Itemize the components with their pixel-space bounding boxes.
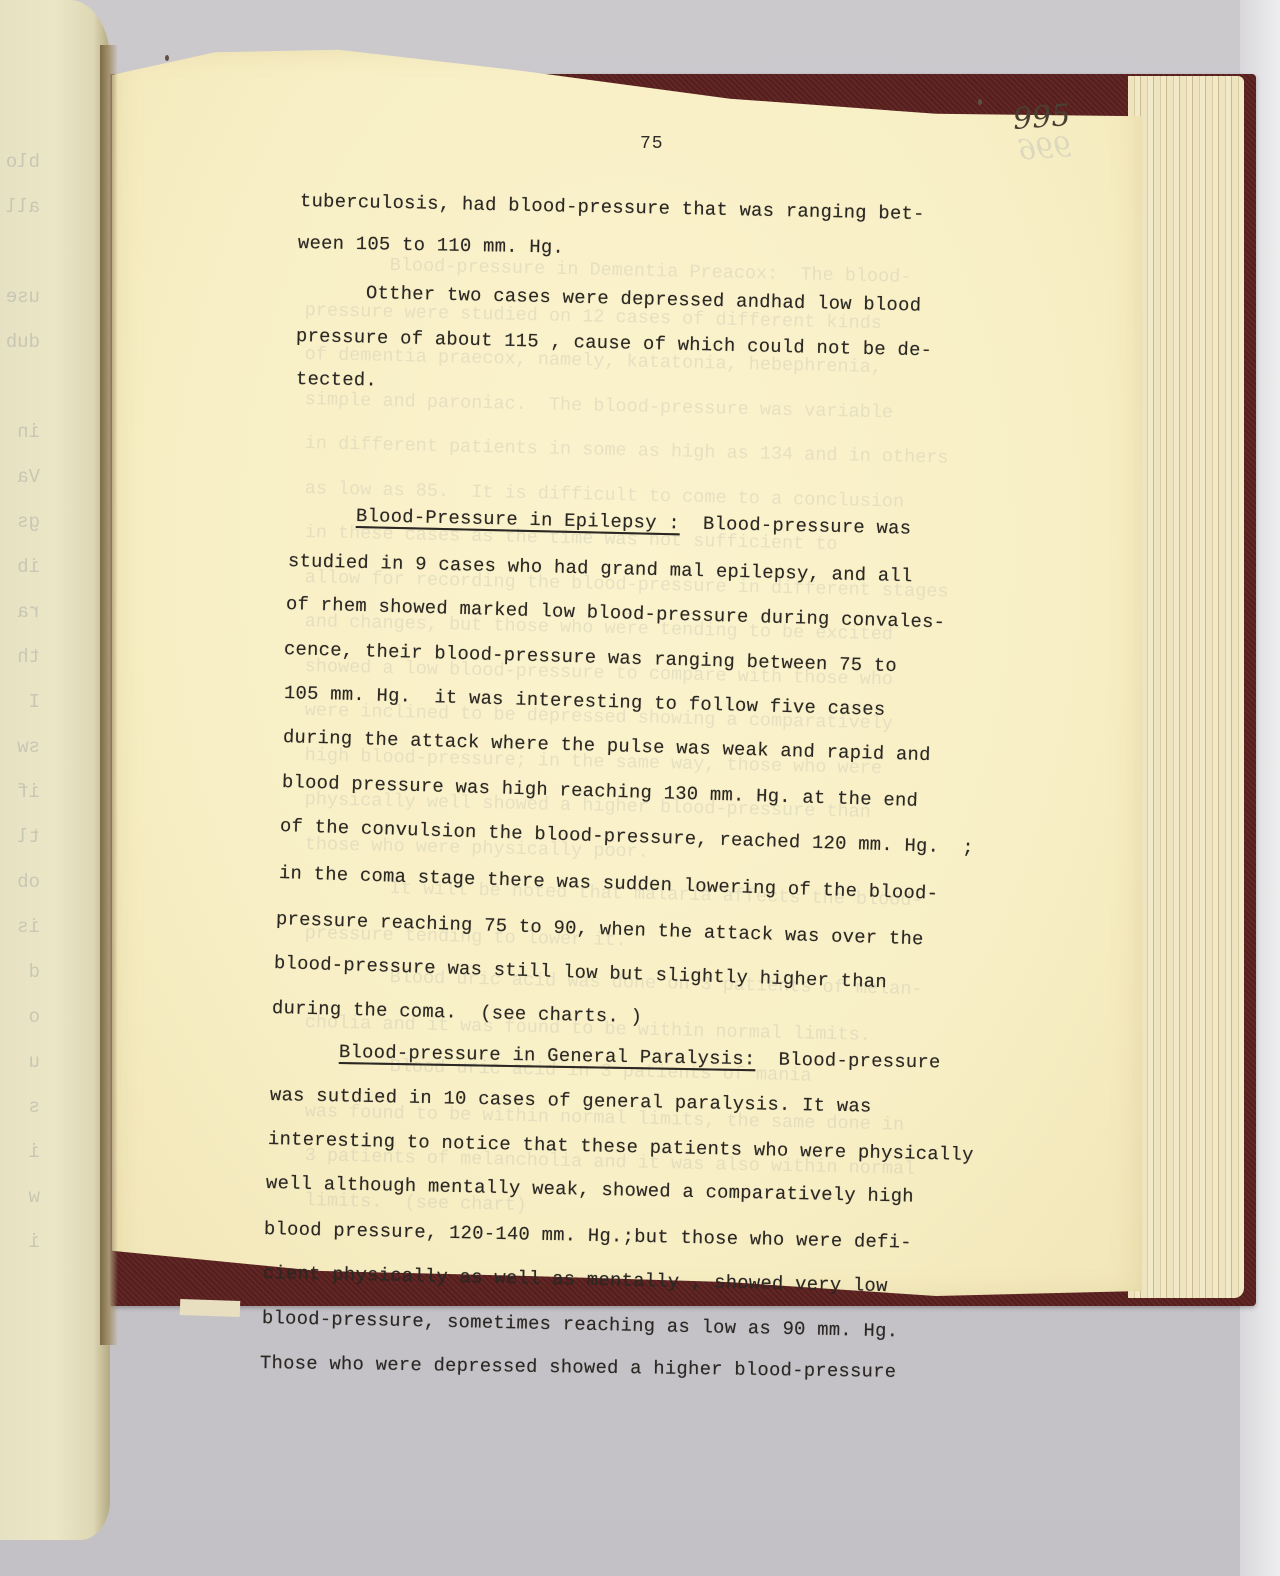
text-line: ween 105 to 110 mm. Hg.: [298, 232, 564, 259]
binding-hole: [165, 55, 169, 61]
page-flap: [180, 1299, 241, 1317]
page-number: 75: [640, 134, 664, 154]
left-facing-page: blo all use dub in Va gs ib ra th I sw i…: [0, 0, 110, 1540]
line-text: Blood-pressure: [755, 1048, 940, 1073]
left-page-bleed-through: blo all use dub in Va gs ib ra th I sw i…: [0, 140, 40, 1265]
binding-hole: [978, 99, 982, 105]
handwritten-folio-number: 995: [1012, 98, 1072, 137]
gutter-shadow: [100, 45, 118, 1345]
line-text: ween 105 to 110 mm. Hg.: [298, 232, 564, 259]
page-edges-stack: [1128, 76, 1244, 1298]
line-text: tected.: [296, 368, 377, 391]
text-line: tected.: [296, 368, 377, 391]
